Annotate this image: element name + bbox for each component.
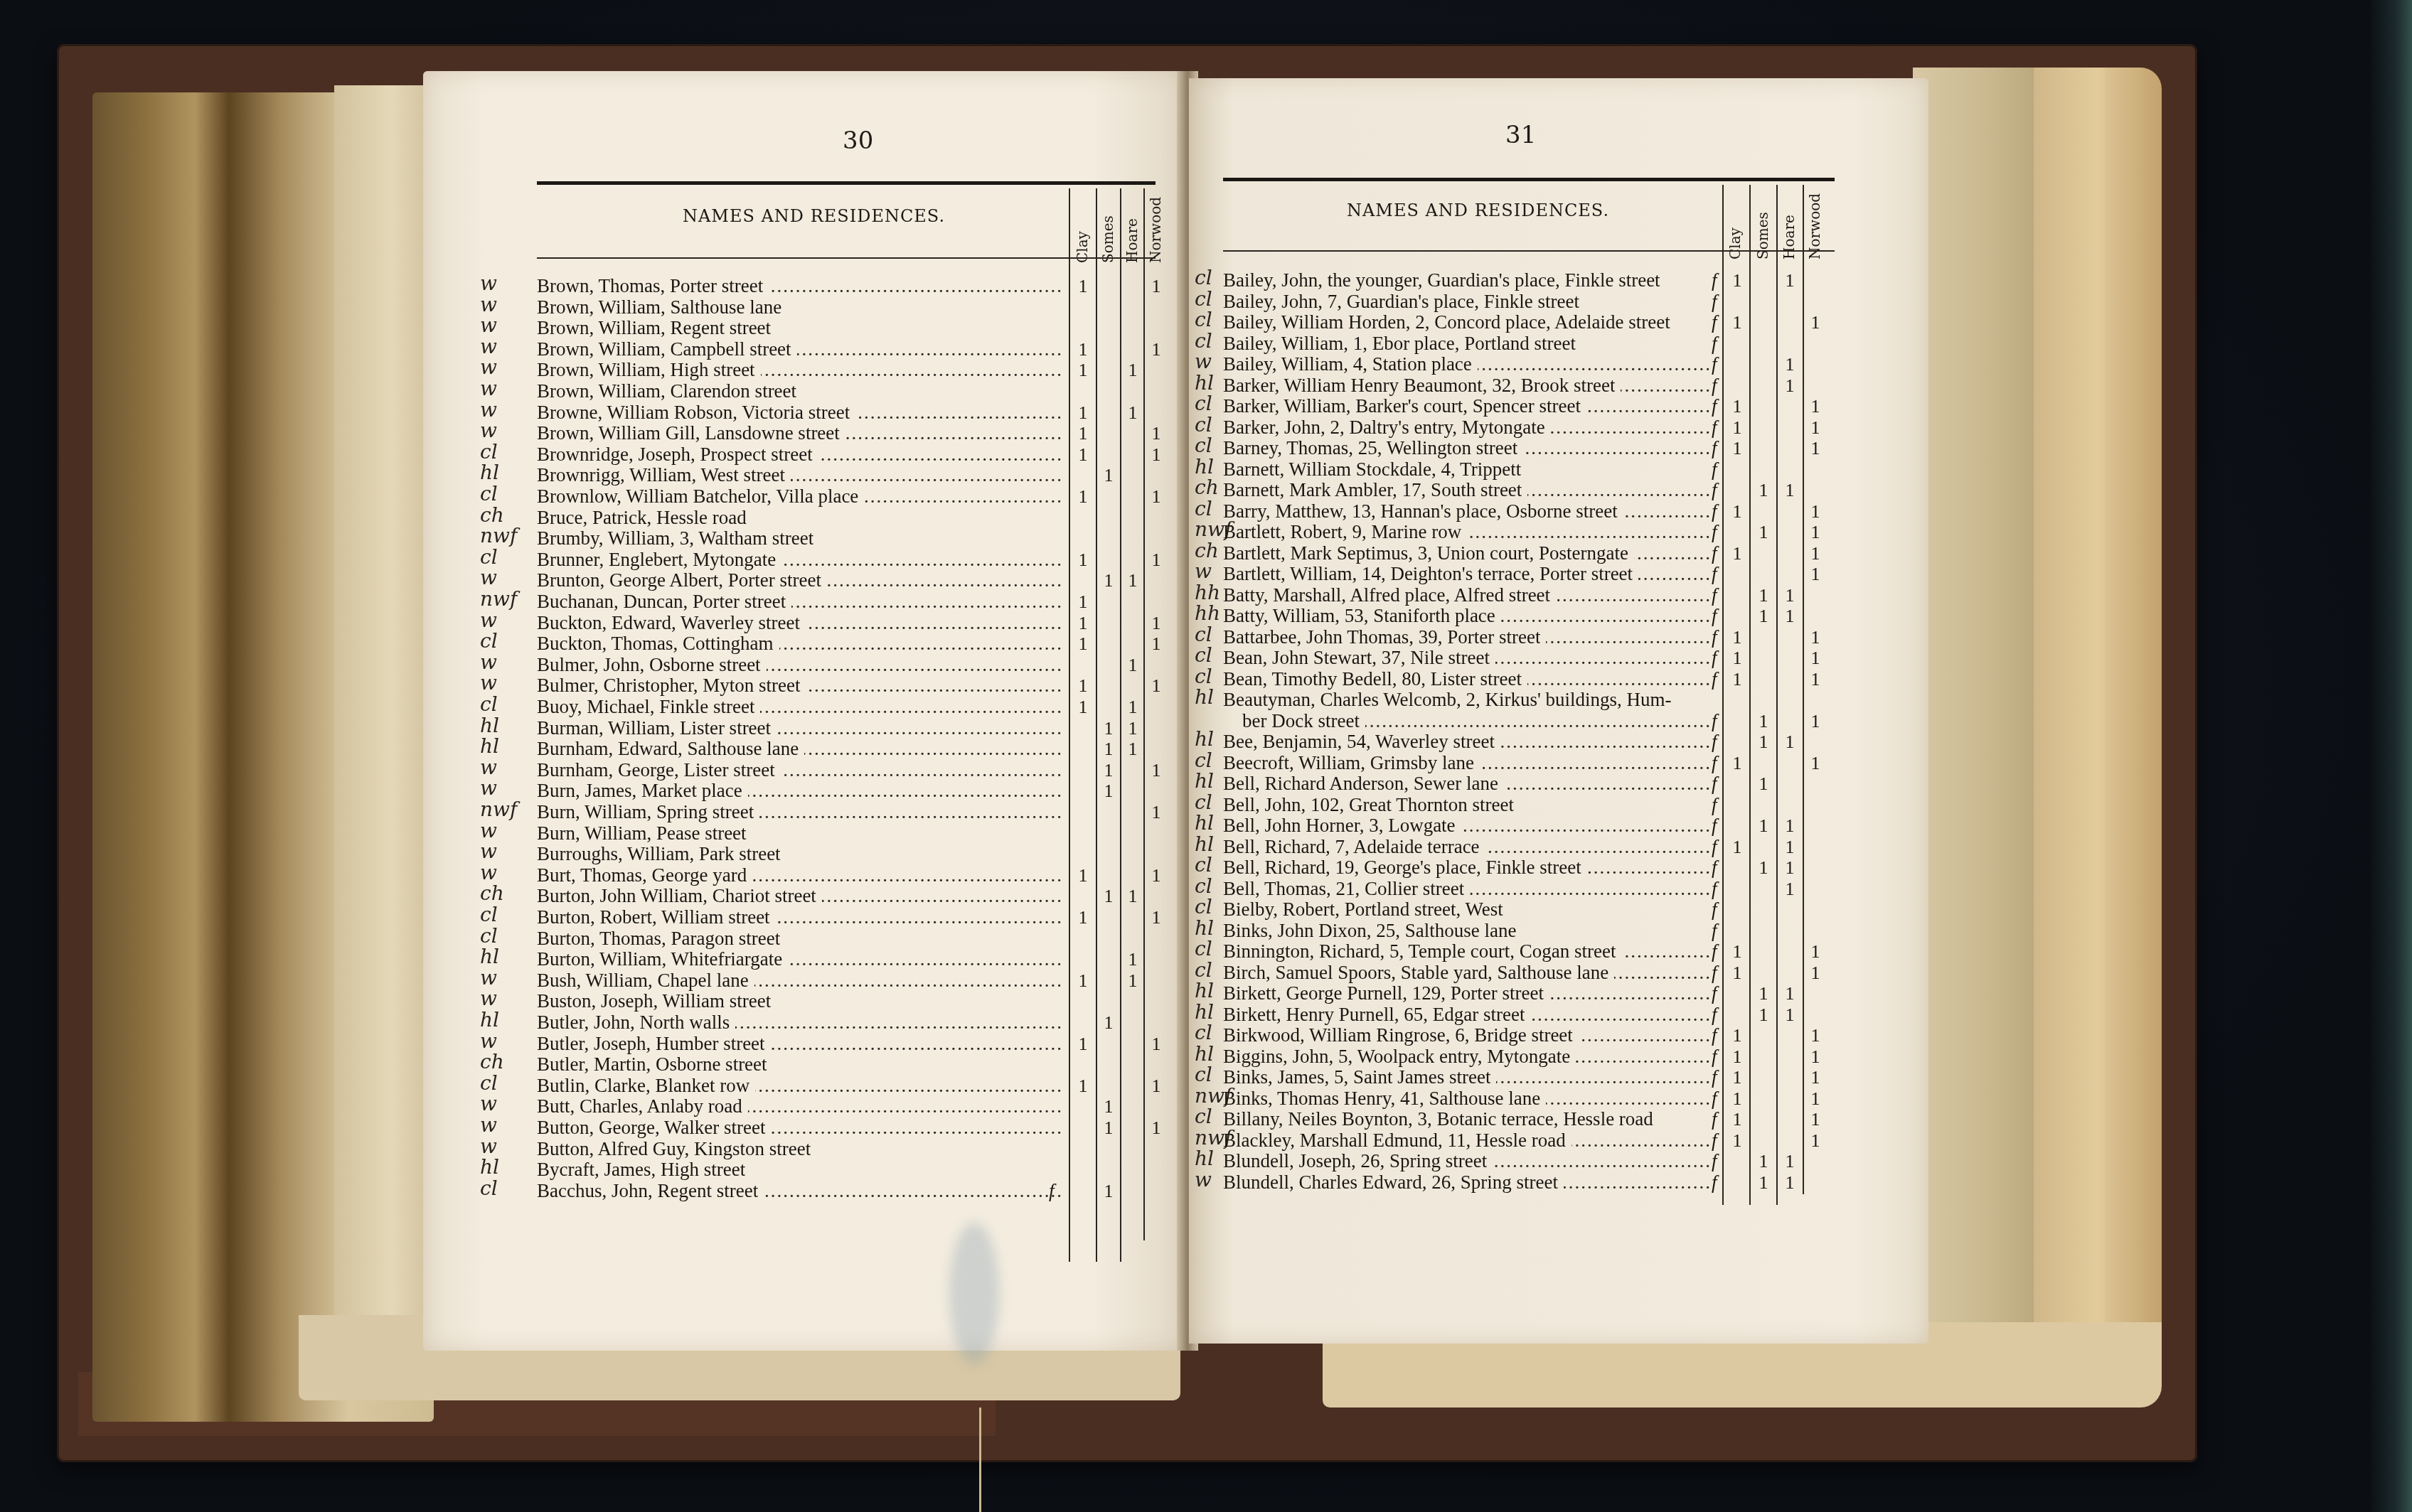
- vote-clay: 1: [1074, 339, 1092, 360]
- leader-dots: ........................................…: [822, 886, 1063, 906]
- leader-dots: ........................................…: [764, 1181, 1063, 1201]
- leader-dots: ........................................…: [1638, 564, 1712, 584]
- margin-annotation: w: [480, 652, 497, 672]
- entry-name-residence: Butt, Charles, Anlaby road: [537, 1096, 742, 1117]
- leader-dots: ........................................…: [772, 1117, 1063, 1138]
- table-row: hlButler, John, North walls.............…: [423, 1012, 1184, 1033]
- leader-dots: ........................................…: [788, 949, 1063, 970]
- margin-annotation: w: [480, 357, 497, 377]
- leader-dots: ........................................…: [1495, 648, 1712, 668]
- leader-dots: ........................................…: [1546, 1088, 1712, 1109]
- leader-dots: ........................................…: [1500, 731, 1712, 752]
- entry-name-residence: Bell, John Horner, 3, Lowgate: [1223, 815, 1456, 836]
- margin-annotation: cl: [1195, 393, 1212, 414]
- vote-somes: 1: [1754, 711, 1773, 731]
- table-row: hhBatty, William, 53, Staniforth place..…: [1189, 606, 1928, 626]
- leader-dots: ........................................…: [827, 570, 1063, 591]
- vote-norwood: 1: [1806, 648, 1825, 668]
- margin-annotation: cl: [1195, 666, 1212, 687]
- franchise-mark: f: [1712, 522, 1717, 542]
- margin-annotation: w: [1195, 351, 1212, 372]
- left-page: 30 NAMES AND RESIDENCES. Clay Somes Hoar…: [423, 71, 1184, 1351]
- margin-annotation: w: [480, 610, 497, 631]
- entry-name-residence: Brown, William, Campbell street: [537, 339, 791, 360]
- column-header-hoare: Hoare: [1781, 181, 1799, 259]
- entry-name-residence: Brownlow, William Batchelor, Villa place: [537, 486, 858, 507]
- vote-clay: 1: [1074, 633, 1092, 654]
- table-row: hlBurman, William, Lister street........…: [423, 718, 1184, 739]
- vote-somes: 1: [1754, 983, 1773, 1004]
- leader-dots: ........................................…: [1523, 438, 1712, 459]
- franchise-mark: f: [1712, 753, 1717, 773]
- margin-annotation: w: [480, 1136, 497, 1157]
- table-row: wBuston, Joseph, William street: [423, 991, 1184, 1012]
- leader-dots: ........................................…: [864, 486, 1063, 507]
- table-row: clBrownlow, William Batchelor, Villa pla…: [423, 486, 1184, 507]
- table-row: hlBarnett, William Stockdale, 4, Trippet…: [1189, 459, 1928, 480]
- vote-norwood: 1: [1147, 276, 1165, 296]
- table-row: clBell, Richard, 19, George's place, Fin…: [1189, 857, 1928, 878]
- table-row: wButler, Joseph, Humber street..........…: [423, 1034, 1184, 1054]
- table-row: clBinnington, Richard, 5, Temple court, …: [1189, 941, 1928, 962]
- vote-clay: 1: [1074, 697, 1092, 717]
- margin-annotation: cl: [1195, 750, 1212, 771]
- vote-clay: 1: [1728, 837, 1746, 857]
- franchise-mark: f: [1712, 291, 1717, 312]
- vote-norwood: 1: [1147, 760, 1165, 781]
- vote-clay: 1: [1728, 543, 1746, 564]
- margin-annotation: hh: [1195, 582, 1220, 603]
- leader-dots: ........................................…: [767, 655, 1063, 675]
- entry-name-residence: Bycraft, James, High street: [537, 1159, 745, 1180]
- margin-annotation: cl: [480, 904, 498, 925]
- leader-dots: ........................................…: [1622, 941, 1712, 962]
- margin-annotation: w: [480, 988, 497, 1009]
- entry-name-residence: Bell, Richard, 19, George's place, Finkl…: [1223, 857, 1581, 878]
- leader-dots: ........................................…: [777, 718, 1063, 739]
- vote-norwood: 1: [1147, 1117, 1165, 1138]
- margin-annotation: hl: [1195, 729, 1214, 749]
- entry-name-residence: Barker, William Henry Beaumont, 32, Broo…: [1223, 375, 1615, 396]
- entry-name-residence: Blackley, Marshall Edmund, 11, Hessle ro…: [1223, 1130, 1566, 1151]
- franchise-mark: f: [1049, 1181, 1055, 1201]
- margin-annotation: w: [480, 315, 497, 336]
- entry-name-residence: Burton, John William, Chariot street: [537, 886, 816, 906]
- margin-annotation: cl: [480, 1178, 498, 1199]
- vote-clay: 1: [1728, 648, 1746, 668]
- vote-somes: 1: [1754, 1151, 1773, 1171]
- table-row: clBeecroft, William, Grimsby lane.......…: [1189, 753, 1928, 773]
- vote-clay: 1: [1728, 501, 1746, 522]
- vote-clay: 1: [1728, 312, 1746, 333]
- table-row: wBurt, Thomas, George yard..............…: [423, 865, 1184, 886]
- leader-dots: ........................................…: [855, 402, 1063, 423]
- column-header-somes: Somes: [1754, 181, 1773, 259]
- table-row: hlBarker, William Henry Beaumont, 32, Br…: [1189, 375, 1928, 396]
- margin-annotation: ch: [480, 883, 504, 904]
- margin-annotation: w: [480, 420, 497, 441]
- vote-clay: 1: [1728, 438, 1746, 459]
- margin-annotation: hl: [1195, 372, 1214, 393]
- vote-somes: 1: [1099, 781, 1118, 801]
- table-row: hlBycraft, James, High street: [423, 1159, 1184, 1180]
- entry-name-residence: Buckton, Thomas, Cottingham: [537, 633, 774, 654]
- leader-dots: ........................................…: [818, 444, 1063, 465]
- vote-somes: 1: [1099, 1096, 1118, 1117]
- entry-name-residence: Bailey, John, the younger, Guardian's pl…: [1223, 270, 1660, 291]
- franchise-mark: f: [1712, 795, 1717, 815]
- table-row: nwfBlackley, Marshall Edmund, 11, Hessle…: [1189, 1130, 1928, 1151]
- franchise-mark: f: [1712, 669, 1717, 690]
- leader-dots: ........................................…: [781, 760, 1063, 781]
- vote-somes: 1: [1754, 480, 1773, 500]
- entry-name-residence: Brumby, William, 3, Waltham street: [537, 528, 813, 549]
- entry-name-residence: Batty, William, 53, Staniforth place: [1223, 606, 1495, 626]
- franchise-mark: f: [1712, 899, 1717, 920]
- table-row: hlBeautyman, Charles Welcomb, 2, Kirkus'…: [1189, 690, 1928, 710]
- table-row: nwfBartlett, Robert, 9, Marine row......…: [1189, 522, 1928, 542]
- margin-annotation: cl: [1195, 876, 1212, 896]
- entry-name-residence: Billany, Neiles Boynton, 3, Botanic terr…: [1223, 1109, 1653, 1130]
- vote-somes: 1: [1754, 1004, 1773, 1025]
- vote-hoare: 1: [1781, 731, 1799, 752]
- margin-annotation: hl: [480, 946, 499, 967]
- table-row: clBuoy, Michael, Finkle street..........…: [423, 697, 1184, 717]
- vote-norwood: 1: [1806, 1025, 1825, 1046]
- vote-somes: 1: [1754, 773, 1773, 794]
- franchise-mark: f: [1712, 438, 1717, 459]
- vote-norwood: 1: [1806, 1088, 1825, 1109]
- entry-name-residence: Brown, Thomas, Porter street: [537, 276, 763, 296]
- table-row: wBurnham, George, Lister street.........…: [423, 760, 1184, 781]
- franchise-mark: f: [1712, 1109, 1717, 1130]
- margin-annotation: cl: [1195, 1022, 1212, 1043]
- margin-annotation: w: [480, 567, 497, 588]
- table-row: clBattarbee, John Thomas, 39, Porter str…: [1189, 627, 1928, 648]
- table-row: clBinks, James, 5, Saint James street...…: [1189, 1067, 1928, 1088]
- vote-norwood: 1: [1147, 486, 1165, 507]
- vote-hoare: 1: [1781, 480, 1799, 500]
- vote-somes: 1: [1754, 606, 1773, 626]
- entry-name-residence: Bailey, John, 7, Guardian's place, Finkl…: [1223, 291, 1579, 312]
- margin-annotation: cl: [1195, 645, 1212, 665]
- margin-annotation: cl: [1195, 309, 1212, 330]
- table-row: nwfBuchanan, Duncan, Porter street......…: [423, 591, 1184, 612]
- vote-hoare: 1: [1781, 375, 1799, 396]
- franchise-mark: f: [1712, 1067, 1717, 1088]
- table-row: hlBurnham, Edward, Salthouse lane.......…: [423, 739, 1184, 759]
- franchise-mark: f: [1712, 815, 1717, 836]
- margin-annotation: w: [480, 967, 497, 988]
- franchise-mark: f: [1712, 312, 1717, 333]
- table-row: clBirch, Samuel Spoors, Stable yard, Sal…: [1189, 963, 1928, 983]
- table-row: clBailey, William, 1, Ebor place, Portla…: [1189, 333, 1928, 354]
- vote-norwood: 1: [1147, 339, 1165, 360]
- franchise-mark: f: [1712, 879, 1717, 899]
- table-row: clBell, Thomas, 21, Collier street......…: [1189, 879, 1928, 899]
- margin-annotation: nwf: [480, 589, 517, 609]
- entry-name-residence: Bell, Richard, 7, Adelaide terrace: [1223, 837, 1480, 857]
- column-header-norwood: Norwood: [1147, 185, 1165, 263]
- entry-name-residence: Brownrigg, William, West street: [537, 465, 785, 486]
- margin-annotation: hl: [480, 736, 499, 756]
- franchise-mark: f: [1712, 585, 1717, 606]
- leader-dots: ........................................…: [760, 697, 1063, 717]
- leader-dots: ........................................…: [748, 1096, 1063, 1117]
- entry-name-residence: Brown, William, Clarendon street: [537, 381, 796, 402]
- table-row: wBrown, William, Clarendon street: [423, 381, 1184, 402]
- entry-name-residence: Barry, Matthew, 13, Hannan's place, Osbo…: [1223, 501, 1618, 522]
- franchise-mark: f: [1712, 941, 1717, 962]
- entry-name-residence: Bulmer, John, Osborne street: [537, 655, 761, 675]
- margin-annotation: cl: [480, 1073, 498, 1093]
- vote-clay: 1: [1074, 591, 1092, 612]
- franchise-mark: f: [1712, 1088, 1717, 1109]
- leader-dots: ........................................…: [761, 360, 1063, 380]
- header-rule-bottom: [1223, 250, 1835, 252]
- entry-name-residence: Barker, William, Barker's court, Spencer…: [1223, 396, 1581, 417]
- entry-name-residence: Burton, Robert, William street: [537, 907, 770, 928]
- margin-annotation: cl: [480, 631, 498, 651]
- vote-hoare: 1: [1781, 983, 1799, 1004]
- entry-name-residence: Brunton, George Albert, Porter street: [537, 570, 821, 591]
- vote-somes: 1: [1754, 522, 1773, 542]
- vote-hoare: 1: [1124, 570, 1142, 591]
- vote-hoare: 1: [1124, 360, 1142, 380]
- leader-dots: ........................................…: [735, 1012, 1063, 1033]
- table-row: hlBell, John Horner, 3, Lowgate.........…: [1189, 815, 1928, 836]
- margin-annotation: w: [480, 672, 497, 693]
- column-header-clay: Clay: [1074, 185, 1092, 263]
- vote-somes: 1: [1099, 570, 1118, 591]
- vote-hoare: 1: [1781, 837, 1799, 857]
- entry-name-residence: Burn, William, Spring street: [537, 802, 754, 822]
- vote-hoare: 1: [1124, 949, 1142, 970]
- right-page: 31 NAMES AND RESIDENCES. Clay Somes Hoar…: [1189, 78, 1928, 1344]
- franchise-mark: f: [1712, 417, 1717, 438]
- margin-annotation: hl: [480, 1157, 499, 1177]
- table-row: clBrunner, Englebert, Mytongate.........…: [423, 549, 1184, 570]
- franchise-mark: f: [1712, 1151, 1717, 1171]
- leader-dots: ........................................…: [1587, 857, 1712, 878]
- leader-dots: ........................................…: [1623, 501, 1712, 522]
- margin-annotation: hl: [480, 1009, 499, 1030]
- entry-name-residence: Bailey, William, 1, Ebor place, Portland…: [1223, 333, 1576, 354]
- entry-name-residence: Buston, Joseph, William street: [537, 991, 771, 1012]
- table-row: wBrowne, William Robson, Victoria street…: [423, 402, 1184, 423]
- vote-hoare: 1: [1781, 815, 1799, 836]
- entry-name-residence: Brownridge, Joseph, Prospect street: [537, 444, 813, 465]
- vote-clay: 1: [1728, 1046, 1746, 1067]
- entry-name-residence: Birkwood, William Ringrose, 6, Bridge st…: [1223, 1025, 1573, 1046]
- margin-annotation: cl: [1195, 267, 1212, 288]
- entry-name-residence: Barney, Thomas, 25, Wellington street: [1223, 438, 1517, 459]
- header-rule-top: [537, 181, 1156, 185]
- vote-somes: 1: [1099, 1012, 1118, 1033]
- leader-dots: ........................................…: [769, 276, 1063, 296]
- franchise-mark: f: [1712, 773, 1717, 794]
- entry-name-residence: Blundell, Charles Edward, 26, Spring str…: [1223, 1172, 1558, 1193]
- vote-clay: 1: [1074, 907, 1092, 928]
- page-number: 30: [843, 127, 873, 155]
- vote-norwood: 1: [1806, 711, 1825, 731]
- margin-annotation: w: [480, 400, 497, 420]
- ink-stain: [949, 1223, 999, 1365]
- entry-name-residence: Button, Alfred Guy, Kingston street: [537, 1139, 811, 1159]
- table-row: hlBlundell, Joseph, 26, Spring street...…: [1189, 1151, 1928, 1171]
- entry-name-residence: Blundell, Joseph, 26, Spring street: [1223, 1151, 1487, 1171]
- leader-dots: ........................................…: [797, 339, 1063, 360]
- entry-name-residence: Barnett, Mark Ambler, 17, South street: [1223, 480, 1522, 500]
- vote-clay: 1: [1074, 675, 1092, 696]
- margin-annotation: hl: [1195, 771, 1214, 791]
- vote-hoare: 1: [1124, 886, 1142, 906]
- margin-annotation: cl: [1195, 854, 1212, 875]
- vote-norwood: 1: [1806, 1130, 1825, 1151]
- leader-dots: ........................................…: [806, 675, 1063, 696]
- entry-name-residence: Barker, John, 2, Daltry's entry, Mytonga…: [1223, 417, 1545, 438]
- margin-annotation: hl: [1195, 918, 1214, 938]
- leader-dots: ........................................…: [1564, 1172, 1712, 1193]
- margin-annotation: hh: [1195, 603, 1220, 623]
- leader-dots: ........................................…: [1549, 983, 1712, 1004]
- margin-annotation: cl: [1195, 896, 1212, 917]
- table-row: hhBatty, Marshall, Alfred place, Alfred …: [1189, 585, 1928, 606]
- table-row: hlBinks, John Dixon, 25, Salthouse lanef: [1189, 921, 1928, 941]
- entry-name-residence: Biggins, John, 5, Woolpack entry, Mytong…: [1223, 1046, 1570, 1067]
- margin-annotation: cl: [1195, 1064, 1212, 1085]
- margin-annotation: nwf: [480, 525, 517, 546]
- table-row: clBacchus, John, Regent street..........…: [423, 1181, 1184, 1201]
- franchise-mark: f: [1712, 1046, 1717, 1067]
- leader-dots: ........................................…: [1470, 879, 1712, 899]
- page-number: 31: [1505, 121, 1536, 149]
- vote-norwood: 1: [1806, 417, 1825, 438]
- margin-annotation: w: [480, 757, 497, 778]
- table-row: wBrown, William, Campbell street........…: [423, 339, 1184, 360]
- margin-annotation: cl: [1195, 435, 1212, 456]
- table-row: clBarry, Matthew, 13, Hannan's place, Os…: [1189, 501, 1928, 522]
- entry-name-residence: Bruce, Patrick, Hessle road: [537, 508, 747, 528]
- vote-somes: 1: [1099, 1181, 1118, 1201]
- margin-annotation: cl: [1195, 414, 1212, 435]
- vote-hoare: 1: [1124, 655, 1142, 675]
- vote-norwood: 1: [1806, 312, 1825, 333]
- vote-somes: 1: [1754, 815, 1773, 836]
- column-header-hoare: Hoare: [1124, 185, 1142, 263]
- entry-name-residence: Batty, Marshall, Alfred place, Alfred st…: [1223, 585, 1550, 606]
- entry-name-residence: Browne, William Robson, Victoria street: [537, 402, 850, 423]
- entry-name-residence: Binks, Thomas Henry, 41, Salthouse lane: [1223, 1088, 1540, 1109]
- margin-annotation: ch: [1195, 477, 1219, 498]
- entry-name-residence: Birch, Samuel Spoors, Stable yard, Salth…: [1223, 963, 1608, 983]
- leader-dots: ........................................…: [781, 549, 1063, 570]
- table-row: wButton, George, Walker street..........…: [423, 1117, 1184, 1138]
- entry-name-residence: Buoy, Michael, Finkle street: [537, 697, 754, 717]
- vote-somes: 1: [1099, 465, 1118, 486]
- vote-hoare: 1: [1781, 857, 1799, 878]
- vote-norwood: 1: [1806, 522, 1825, 542]
- vote-norwood: 1: [1806, 1046, 1825, 1067]
- margin-annotation: w: [480, 336, 497, 357]
- vote-norwood: 1: [1806, 438, 1825, 459]
- entry-name-residence: Burroughs, William, Park street: [537, 844, 781, 864]
- margin-annotation: cl: [1195, 624, 1212, 645]
- vote-clay: 1: [1074, 444, 1092, 465]
- franchise-mark: f: [1712, 270, 1717, 291]
- vote-norwood: 1: [1147, 802, 1165, 822]
- entry-name-residence: Barnett, William Stockdale, 4, Trippett: [1223, 459, 1521, 480]
- vote-somes: 1: [1099, 739, 1118, 759]
- margin-annotation: w: [480, 778, 497, 798]
- entry-name-residence: Bell, Richard Anderson, Sewer lane: [1223, 773, 1498, 794]
- vote-hoare: 1: [1124, 402, 1142, 423]
- margin-annotation: w: [1195, 1169, 1212, 1190]
- vote-norwood: 1: [1147, 613, 1165, 633]
- franchise-mark: f: [1712, 1172, 1717, 1193]
- vote-norwood: 1: [1806, 963, 1825, 983]
- leader-dots: ........................................…: [1493, 1151, 1712, 1171]
- leader-dots: ........................................…: [771, 1034, 1063, 1054]
- vote-hoare: 1: [1124, 970, 1142, 991]
- table-row: wBrown, William, Regent street: [423, 318, 1184, 338]
- vote-norwood: 1: [1147, 444, 1165, 465]
- table-row: wBailey, William, 4, Station place......…: [1189, 354, 1928, 375]
- leader-dots: ........................................…: [1621, 375, 1712, 396]
- franchise-mark: f: [1712, 480, 1717, 500]
- entry-name-residence: Bean, John Stewart, 37, Nile street: [1223, 648, 1490, 668]
- table-row: clBirkwood, William Ringrose, 6, Bridge …: [1189, 1025, 1928, 1046]
- table-row: hlBee, Benjamin, 54, Waverley street....…: [1189, 731, 1928, 752]
- table-row: clBean, John Stewart, 37, Nile street...…: [1189, 648, 1928, 668]
- vote-norwood: 1: [1147, 423, 1165, 444]
- entry-name-residence: Bulmer, Christopher, Myton street: [537, 675, 801, 696]
- table-row: hlBrownrigg, William, West street.......…: [423, 465, 1184, 486]
- margin-annotation: ch: [480, 505, 504, 525]
- table-row: hlBell, Richard Anderson, Sewer lane....…: [1189, 773, 1928, 794]
- leader-dots: ........................................…: [1527, 480, 1712, 500]
- leader-dots: ........................................…: [1496, 1067, 1712, 1088]
- vote-norwood: 1: [1147, 549, 1165, 570]
- vote-hoare: 1: [1124, 697, 1142, 717]
- vote-clay: 1: [1074, 423, 1092, 444]
- franchise-mark: f: [1712, 1130, 1717, 1151]
- leader-dots: ........................................…: [1546, 627, 1712, 648]
- table-row: hlBell, Richard, 7, Adelaide terrace....…: [1189, 837, 1928, 857]
- table-row: wBrown, William, Salthouse lane: [423, 297, 1184, 318]
- vote-hoare: 1: [1781, 1172, 1799, 1193]
- leader-dots: ........................................…: [779, 633, 1063, 654]
- vote-somes: 1: [1754, 731, 1773, 752]
- franchise-mark: f: [1712, 837, 1717, 857]
- table-row: nwfBurn, William, Spring street.........…: [423, 802, 1184, 822]
- vote-hoare: 1: [1781, 1151, 1799, 1171]
- vote-somes: 1: [1754, 585, 1773, 606]
- glass-edge: [2371, 0, 2412, 1512]
- table-row: wBartlett, William, 14, Deighton's terra…: [1189, 564, 1928, 584]
- leader-dots: ........................................…: [1576, 1046, 1712, 1067]
- column-header-norwood: Norwood: [1806, 181, 1825, 259]
- leader-dots: ........................................…: [1556, 585, 1712, 606]
- leader-dots: ........................................…: [1461, 815, 1712, 836]
- table-row: chBartlett, Mark Septimus, 3, Union cour…: [1189, 543, 1928, 564]
- franchise-mark: f: [1712, 627, 1717, 648]
- vote-somes: 1: [1099, 760, 1118, 781]
- vote-hoare: 1: [1781, 354, 1799, 375]
- entry-name-residence: Brown, William, Regent street: [537, 318, 771, 338]
- vote-clay: 1: [1074, 865, 1092, 886]
- table-row: clButlin, Clarke, Blanket row...........…: [423, 1076, 1184, 1096]
